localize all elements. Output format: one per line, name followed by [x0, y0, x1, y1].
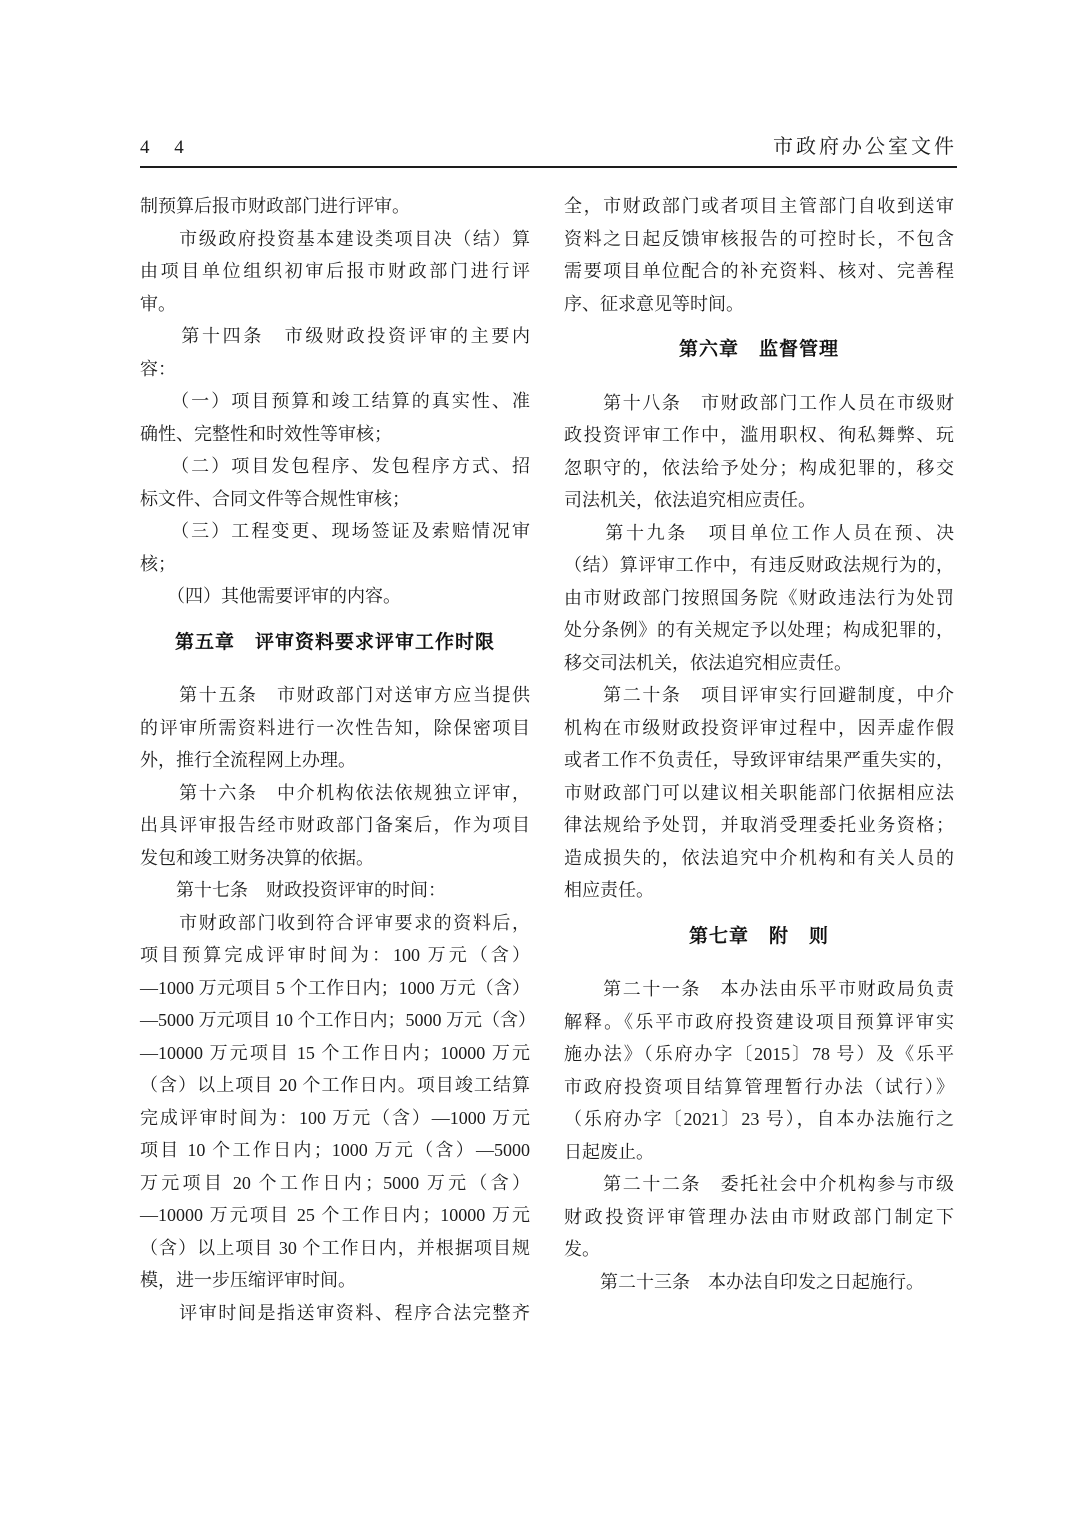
text-line: 出具评审报告经市财政部门备案后，作为项目: [140, 809, 530, 842]
paragraph: 第二十一条 本办法由乐平市财政局负责解释。《乐平市政府投资建设项目预算评审实施办…: [564, 973, 954, 1168]
text-line: 发。: [564, 1233, 954, 1266]
paragraph: （四）其他需要评审的内容。: [140, 580, 530, 613]
text-line: 司法机关，依法追究相应责任。: [564, 484, 954, 517]
text-line: 财政投资评审管理办法由市财政部门制定下: [564, 1201, 954, 1234]
text-line: 市政府投资项目结算管理暂行办法（试行）》: [564, 1071, 954, 1104]
text-line: 确性、完整性和时效性等审核；: [140, 418, 530, 451]
text-line: 第十六条 中介机构依法依规独立评审，: [140, 777, 530, 810]
text-line: 相应责任。: [564, 874, 954, 907]
paragraph: 制预算后报市财政部门进行评审。: [140, 190, 530, 223]
text-line: 市财政部门可以建议相关职能部门依据相应法: [564, 777, 954, 810]
paragraph: 第二十条 项目评审实行回避制度，中介机构在市级财政投资评审过程中，因弄虚作假或者…: [564, 679, 954, 907]
text-line: 机构在市级财政投资评审过程中，因弄虚作假: [564, 712, 954, 745]
text-line: 完成评审时间为：100 万元（含）—1000 万元: [140, 1102, 530, 1135]
text-line: 制预算后报市财政部门进行评审。: [140, 190, 530, 223]
text-line: 由项目单位组织初审后报市财政部门进行评: [140, 255, 530, 288]
paragraph: 第十八条 市财政部门工作人员在市级财政投资评审工作中，滥用职权、徇私舞弊、玩忽职…: [564, 387, 954, 517]
text-line: 由市财政部门按照国务院《财政违法行为处罚: [564, 582, 954, 615]
document-page: 4 4 市政府办公室文件 制预算后报市财政部门进行评审。 市级政府投资基本建设类…: [0, 0, 1074, 1520]
text-line: 造成损失的，依法追究中介机构和有关人员的: [564, 842, 954, 875]
text-line: 移交司法机关，依法追究相应责任。: [564, 647, 954, 680]
text-line: 序、征求意见等时间。: [564, 288, 954, 321]
text-line: 第十九条 项目单位工作人员在预、决: [564, 517, 954, 550]
paragraph: 市财政部门收到符合评审要求的资料后，项目预算完成评审时间为：100 万元（含）—…: [140, 907, 530, 1297]
header-document-label: 市政府办公室文件: [773, 130, 957, 159]
text-line: 容：: [140, 353, 530, 386]
text-line: 评审时间是指送审资料、程序合法完整齐: [140, 1297, 530, 1330]
text-line: 第十七条 财政投资评审的时间：: [140, 874, 530, 907]
text-line: 解释。《乐平市政府投资建设项目预算评审实: [564, 1006, 954, 1039]
chapter-heading: 第六章 监督管理: [564, 334, 954, 367]
text-line: （三）工程变更、现场签证及索赔情况审: [140, 515, 530, 548]
text-line: 日起废止。: [564, 1136, 954, 1169]
text-line: 第二十一条 本办法由乐平市财政局负责: [564, 973, 954, 1006]
text-line: 审。: [140, 288, 530, 321]
text-line: 项目 10 个工作日内；1000 万元（含）—5000: [140, 1134, 530, 1167]
text-column-right: 全，市财政部门或者项目主管部门自收到送审资料之日起反馈审核报告的可控时长，不包含…: [564, 190, 954, 1329]
text-line: 第十四条 市级财政投资评审的主要内: [140, 320, 530, 353]
text-line: —10000 万元项目 25 个工作日内；10000 万元: [140, 1199, 530, 1232]
page-header: 4 4 市政府办公室文件: [140, 130, 957, 168]
text-line: 市级政府投资基本建设类项目决（结）算: [140, 223, 530, 256]
paragraph: 第十六条 中介机构依法依规独立评审，出具评审报告经市财政部门备案后，作为项目发包…: [140, 777, 530, 875]
text-line: —5000 万元项目 10 个工作日内；5000 万元（含）: [140, 1004, 530, 1037]
text-line: —10000 万元项目 15 个工作日内；10000 万元: [140, 1037, 530, 1070]
text-line: （四）其他需要评审的内容。: [140, 580, 530, 613]
text-line: 项目预算完成评审时间为：100 万元（含）: [140, 939, 530, 972]
paragraph: 第二十三条 本办法自印发之日起施行。: [564, 1266, 954, 1299]
text-line: （乐府办字〔2021〕23 号），自本办法施行之: [564, 1103, 954, 1136]
text-line: —1000 万元项目 5 个工作日内；1000 万元（含）: [140, 972, 530, 1005]
text-line: 忽职守的，依法给予处分；构成犯罪的，移交: [564, 452, 954, 485]
text-line: 核；: [140, 548, 530, 581]
text-line: 第十五条 市财政部门对送审方应当提供: [140, 679, 530, 712]
text-line: 资料之日起反馈审核报告的可控时长，不包含: [564, 223, 954, 256]
document-body: 制预算后报市财政部门进行评审。 市级政府投资基本建设类项目决（结）算由项目单位组…: [140, 190, 954, 1329]
paragraph: （一）项目预算和竣工结算的真实性、准确性、完整性和时效性等审核；: [140, 385, 530, 450]
text-line: 处分条例》的有关规定予以处理；构成犯罪的，: [564, 614, 954, 647]
paragraph: 第十四条 市级财政投资评审的主要内容：: [140, 320, 530, 385]
text-line: 第二十二条 委托社会中介机构参与市级: [564, 1168, 954, 1201]
text-column-left: 制预算后报市财政部门进行评审。 市级政府投资基本建设类项目决（结）算由项目单位组…: [140, 190, 530, 1329]
text-line: （含）以上项目 30 个工作日内，并根据项目规: [140, 1232, 530, 1265]
text-line: 外，推行全流程网上办理。: [140, 744, 530, 777]
text-line: 模，进一步压缩评审时间。: [140, 1264, 530, 1297]
paragraph: （二）项目发包程序、发包程序方式、招标文件、合同文件等合规性审核；: [140, 450, 530, 515]
chapter-heading: 第七章 附 则: [564, 921, 954, 954]
paragraph: 第十五条 市财政部门对送审方应当提供的评审所需资料进行一次性告知，除保密项目外，…: [140, 679, 530, 777]
text-line: 施办法》（乐府办字〔2015〕78 号）及《乐平: [564, 1038, 954, 1071]
page-number: 4 4: [140, 137, 194, 159]
text-line: 第十八条 市财政部门工作人员在市级财: [564, 387, 954, 420]
paragraph: 第十七条 财政投资评审的时间：: [140, 874, 530, 907]
paragraph: （三）工程变更、现场签证及索赔情况审核；: [140, 515, 530, 580]
text-line: 第二十条 项目评审实行回避制度，中介: [564, 679, 954, 712]
text-line: 市财政部门收到符合评审要求的资料后，: [140, 907, 530, 940]
text-line: 万元项目 20 个工作日内；5000 万元（含）: [140, 1167, 530, 1200]
text-line: 律法规给予处罚，并取消受理委托业务资格；: [564, 809, 954, 842]
paragraph: 第十九条 项目单位工作人员在预、决（结）算评审工作中，有违反财政法规行为的，由市…: [564, 517, 954, 680]
paragraph: 市级政府投资基本建设类项目决（结）算由项目单位组织初审后报市财政部门进行评审。: [140, 223, 530, 321]
text-line: 或者工作不负责任，导致评审结果严重失实的，: [564, 744, 954, 777]
paragraph: 评审时间是指送审资料、程序合法完整齐: [140, 1297, 530, 1330]
text-line: （一）项目预算和竣工结算的真实性、准: [140, 385, 530, 418]
chapter-heading: 第五章 评审资料要求评审工作时限: [140, 627, 530, 660]
text-line: 需要项目单位配合的补充资料、核对、完善程: [564, 255, 954, 288]
text-line: 的评审所需资料进行一次性告知，除保密项目: [140, 712, 530, 745]
text-line: 政投资评审工作中，滥用职权、徇私舞弊、玩: [564, 419, 954, 452]
text-line: 第二十三条 本办法自印发之日起施行。: [564, 1266, 954, 1299]
paragraph: 第二十二条 委托社会中介机构参与市级财政投资评审管理办法由市财政部门制定下发。: [564, 1168, 954, 1266]
paragraph: 全，市财政部门或者项目主管部门自收到送审资料之日起反馈审核报告的可控时长，不包含…: [564, 190, 954, 320]
text-line: （含）以上项目 20 个工作日内。项目竣工结算: [140, 1069, 530, 1102]
text-line: 发包和竣工财务决算的依据。: [140, 842, 530, 875]
text-line: 标文件、合同文件等合规性审核；: [140, 483, 530, 516]
text-line: （结）算评审工作中，有违反财政法规行为的，: [564, 549, 954, 582]
text-line: （二）项目发包程序、发包程序方式、招: [140, 450, 530, 483]
text-line: 全，市财政部门或者项目主管部门自收到送审: [564, 190, 954, 223]
